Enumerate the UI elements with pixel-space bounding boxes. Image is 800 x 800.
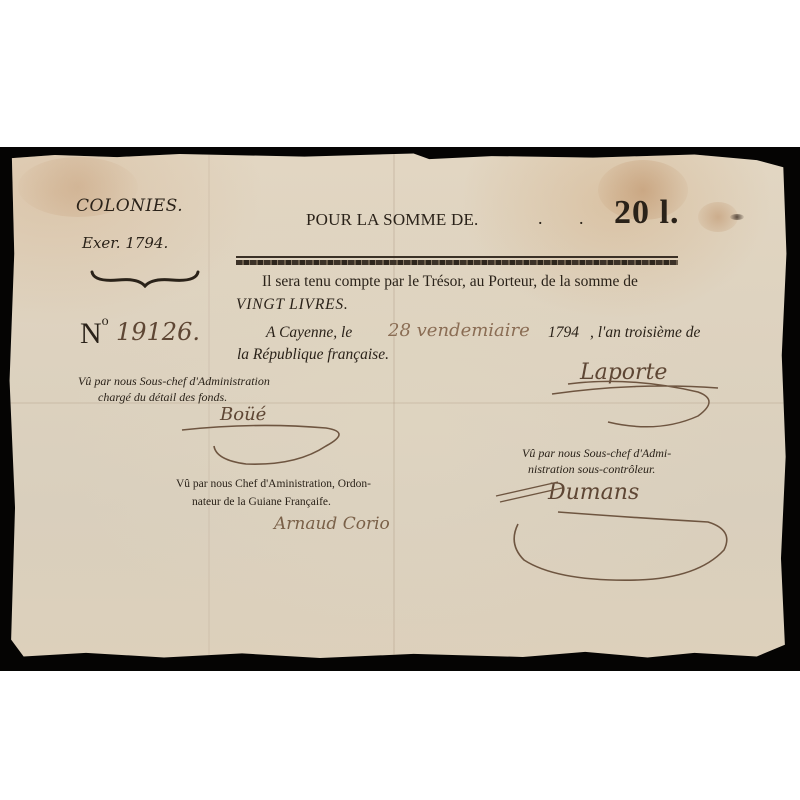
handwritten-date: 28 vendemiaire [388, 320, 530, 341]
fold-crease-vertical [208, 152, 210, 660]
colonies-heading: COLONIES. [76, 196, 183, 216]
ornamental-rule [236, 256, 678, 265]
endorsement-1-line-1: Vû par nous Sous-chef d'Administration [78, 374, 270, 389]
ink-blot [730, 214, 744, 220]
endorsement-2-line-1: Vû par nous Chef d'Aministration, Ordon- [176, 478, 371, 490]
amount-label: POUR LA SOMME DE. [306, 210, 478, 230]
decorative-brace-ornament [90, 268, 200, 288]
republic-year-text: , l'an troisième de [590, 324, 700, 342]
serial-number-handwritten: 19126. [116, 318, 200, 346]
banknote-paper: COLONIES. Exer. 1794. POUR LA SOMME DE. … [8, 152, 788, 660]
endorsement-3-line-1: Vû par nous Sous-chef d'Admi- [522, 446, 671, 461]
signature-flourish-boue [176, 418, 356, 478]
signature-flourish-laporte [548, 376, 748, 446]
signature-flourish-dumans [488, 474, 748, 594]
body-line-1: Il sera tenu compte par le Trésor, au Po… [262, 273, 638, 291]
body-line-4: la République française. [237, 346, 389, 364]
amount-leader-dots: . . [538, 208, 600, 229]
serial-number-label: No [80, 314, 109, 351]
amount-in-words: VINGT LIVRES. [236, 296, 349, 314]
signature-arnaud: Arnaud Corio [274, 514, 390, 534]
amount-value: 20 l. [614, 194, 679, 232]
endorsement-1-line-2: chargé du détail des fonds. [98, 390, 227, 405]
date-year: 1794 [548, 324, 579, 342]
place-prefix: A Cayenne, le [266, 324, 352, 342]
exercise-year: Exer. 1794. [82, 234, 168, 252]
endorsement-2-line-2: nateur de la Guiane Françaife. [192, 496, 331, 508]
